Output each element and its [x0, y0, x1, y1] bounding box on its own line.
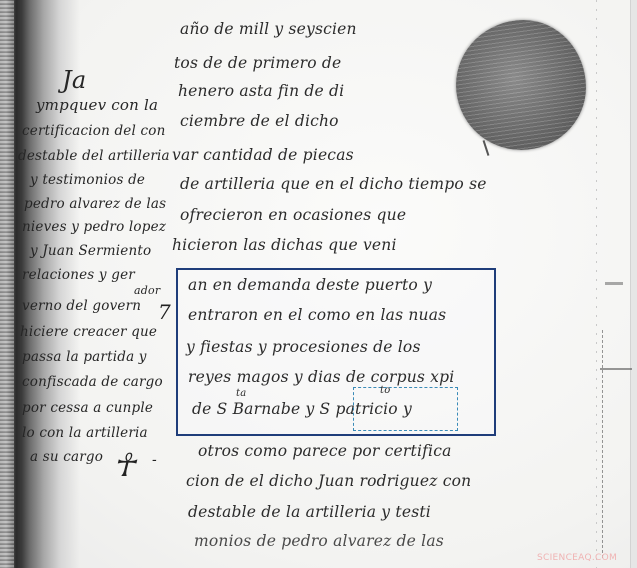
watermark: SCIENCEAQ.COM — [537, 553, 617, 563]
highlight-line: entraron en el como en las nuas — [188, 306, 446, 324]
margin-line: relaciones y ger — [22, 267, 135, 283]
page-right-edge — [630, 0, 637, 568]
dashed-highlight-box: to — [353, 387, 458, 431]
text-line: destable de la artilleria y testi — [188, 503, 431, 521]
ink-mark — [600, 368, 632, 370]
text-line: var cantidad de piecas — [172, 146, 354, 164]
text-line: otros como parece por certifica — [198, 442, 452, 460]
margin-superscript: ador — [134, 284, 160, 297]
signature-rubric-icon: ☥ — [112, 446, 136, 484]
margin-line: passa la partida y — [22, 349, 147, 365]
superscript: ta — [236, 388, 246, 399]
y-flourish-icon: 7 — [158, 300, 171, 324]
ink-mark — [605, 282, 623, 285]
highlight-line: y fiestas y procesiones de los — [186, 338, 421, 356]
margin-line: hiciere creacer que — [20, 324, 157, 340]
text-line: año de mill y seyscien — [180, 20, 357, 38]
text-line: tos de de primero de — [174, 54, 341, 72]
margin-line: destable del artilleria — [18, 148, 170, 164]
highlight-line: an en demanda deste puerto y — [188, 276, 432, 294]
superscript: to — [380, 385, 390, 396]
text-line: monios de pedro alvarez de las — [194, 532, 444, 550]
margin-line: certificacion del con — [22, 123, 166, 139]
margin-line: verno del govern — [22, 298, 141, 314]
margin-line: y Juan Sermiento — [30, 243, 151, 259]
margin-line: por cessa a cunple — [22, 400, 153, 416]
text-line: de artilleria que en el dicho tiempo se — [180, 175, 487, 193]
manuscript-page: Ja ympquev con la certificacion del con … — [0, 0, 637, 568]
binding-edge — [0, 0, 14, 568]
text-line: hicieron las dichas que veni — [172, 236, 397, 254]
seal-ink-tail — [483, 140, 490, 156]
text-line: henero asta fin de di — [178, 82, 344, 100]
ruled-margin-line — [602, 330, 603, 560]
highlight-line: reyes magos y dias de corpus xpi — [188, 368, 454, 386]
margin-line: a su cargo — [30, 449, 103, 465]
seal-stamp-icon — [456, 20, 586, 150]
margin-line: confiscada de cargo — [22, 374, 163, 390]
page-fold-line — [596, 0, 597, 568]
margin-line: y testimonios de — [30, 172, 145, 188]
dash-mark: - — [152, 452, 157, 468]
text-line: ofrecieron en ocasiones que — [180, 206, 406, 224]
margin-line: nieves y pedro lopez — [22, 219, 166, 235]
margin-line: pedro alvarez de las — [24, 196, 166, 212]
text-line: cion de el dicho Juan rodriguez con — [186, 472, 471, 490]
text-line: ciembre de el dicho — [180, 112, 339, 130]
margin-heading: Ja — [62, 66, 86, 94]
margin-line: ympquev con la — [36, 96, 158, 114]
margin-line: lo con la artilleria — [22, 425, 148, 441]
